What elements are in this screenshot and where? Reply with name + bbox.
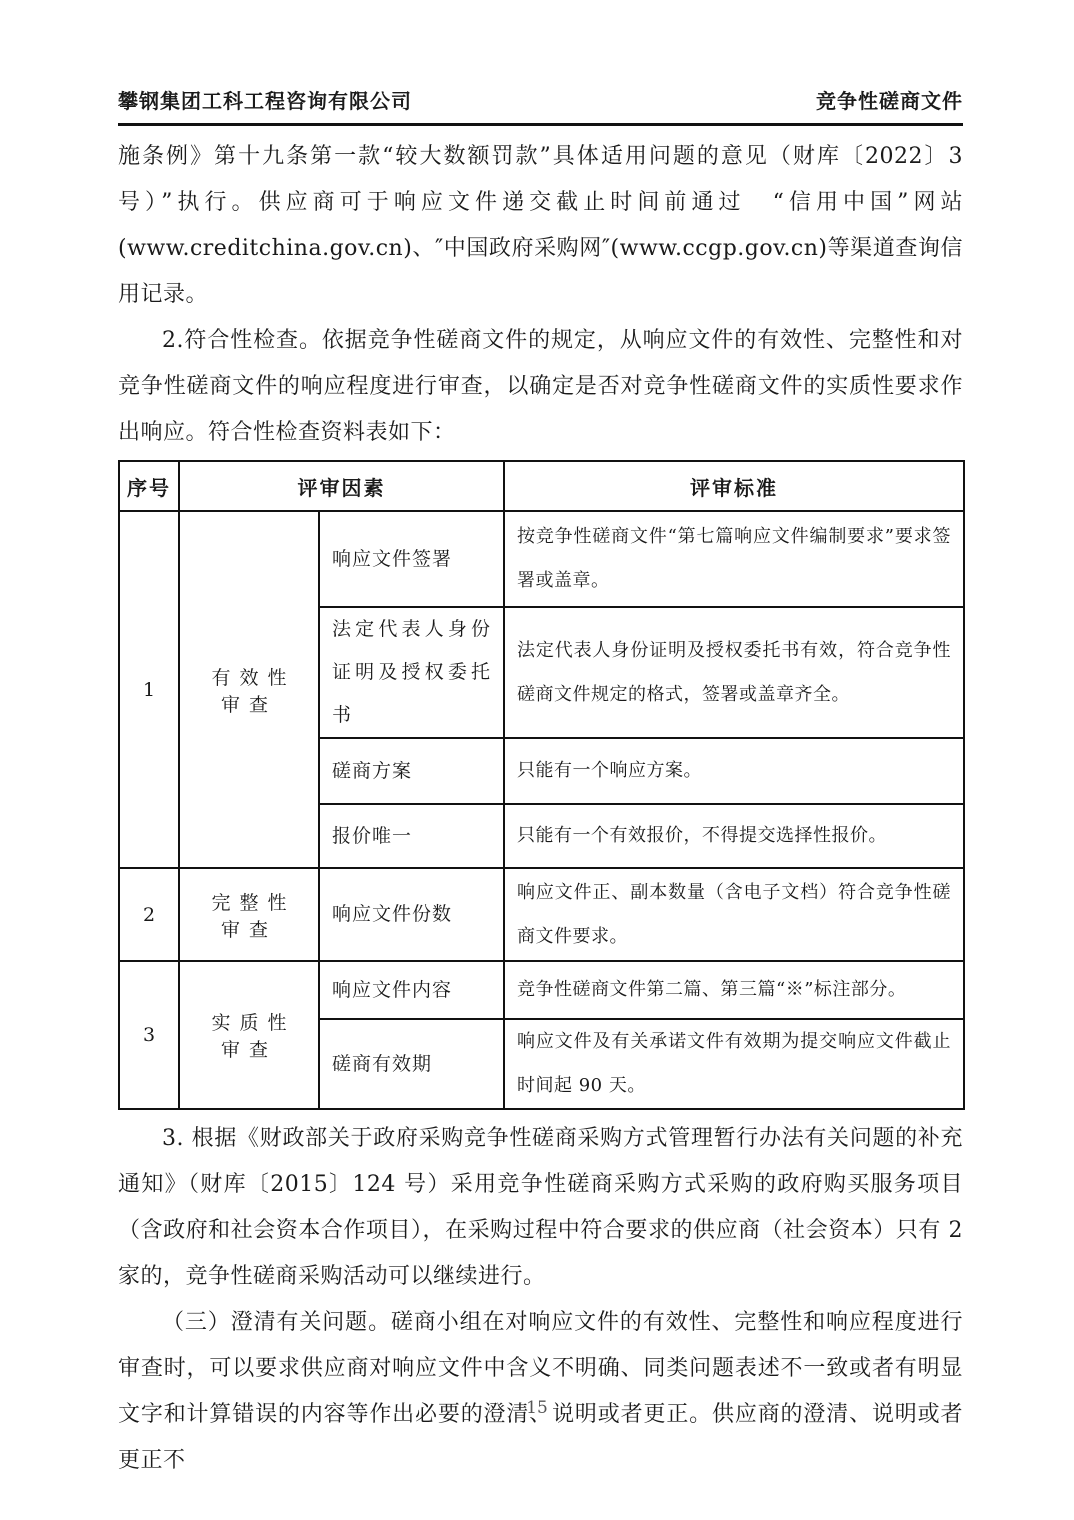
row-no-3: 3 — [119, 961, 179, 1109]
factor-unique-quotation: 报价唯一 — [319, 804, 504, 868]
criteria-legal-rep-id: 法定代表人身份证明及授权委托书有效，符合竞争性磋商文件规定的格式，签署或盖章齐全… — [504, 607, 964, 738]
column-header-criteria: 评审标准 — [504, 461, 964, 511]
table-header-row: 序号 评审因素 评审标准 — [119, 461, 964, 511]
table-row: 2 完整性审查 响应文件份数 响应文件正、副本数量（含电子文档）符合竞争性磋商文… — [119, 868, 964, 961]
criteria-unique-quotation: 只能有一个有效报价，不得提交选择性报价。 — [504, 804, 964, 868]
row-no-1: 1 — [119, 511, 179, 868]
factor-consultation-plan: 磋商方案 — [319, 738, 504, 804]
factor-validity-period: 磋商有效期 — [319, 1019, 504, 1109]
document-page: 攀钢集团工科工程咨询有限公司 竞争性磋商文件 施条例》第十九条第一款“较大数额罚… — [0, 0, 1074, 1520]
criteria-validity-period: 响应文件及有关承诺文件有效期为提交响应文件截止时间起 90 天。 — [504, 1019, 964, 1109]
criteria-document-signing: 按竞争性磋商文件“第七篇响应文件编制要求”要求签署或盖章。 — [504, 511, 964, 607]
table-row: 1 有效性审查 响应文件签署 按竞争性磋商文件“第七篇响应文件编制要求”要求签署… — [119, 511, 964, 607]
page-number: 15 — [0, 1398, 1074, 1418]
group-substantive-review: 实质性审查 — [179, 961, 319, 1109]
page-content: 攀钢集团工科工程咨询有限公司 竞争性磋商文件 施条例》第十九条第一款“较大数额罚… — [118, 85, 963, 1484]
factor-document-content: 响应文件内容 — [319, 961, 504, 1019]
factor-document-signing: 响应文件签署 — [319, 511, 504, 607]
group-completeness-review: 完整性审查 — [179, 868, 319, 961]
criteria-consultation-plan: 只能有一个响应方案。 — [504, 738, 964, 804]
criteria-document-copies: 响应文件正、副本数量（含电子文档）符合竞争性磋商文件要求。 — [504, 868, 964, 961]
paragraph-mof-supplementary-notice: 3. 根据《财政部关于政府采购竞争性磋商采购方式管理暂行办法有关问题的补充通知》… — [118, 1116, 963, 1300]
document-header: 攀钢集团工科工程咨询有限公司 竞争性磋商文件 — [118, 85, 963, 126]
paragraph-credit-check-continuation: 施条例》第十九条第一款“较大数额罚款”具体适用问题的意见（财库〔2022〕3 号… — [118, 134, 963, 318]
table-row: 3 实质性审查 响应文件内容 竞争性磋商文件第二篇、第三篇“※”标注部分。 — [119, 961, 964, 1019]
group-validity-review: 有效性审查 — [179, 511, 319, 868]
paragraph-compliance-check-intro: 2.符合性检查。依据竞争性磋商文件的规定，从响应文件的有效性、完整性和对竞争性磋… — [118, 318, 963, 456]
header-company-name: 攀钢集团工科工程咨询有限公司 — [118, 85, 412, 114]
column-header-no: 序号 — [119, 461, 179, 511]
factor-legal-rep-id: 法定代表人身份证明及授权委托书 — [319, 607, 504, 738]
factor-document-copies: 响应文件份数 — [319, 868, 504, 961]
paragraph-clarification-issues: （三）澄清有关问题。磋商小组在对响应文件的有效性、完整性和响应程度进行审查时，可… — [118, 1300, 963, 1484]
row-no-2: 2 — [119, 868, 179, 961]
column-header-factor: 评审因素 — [179, 461, 504, 511]
header-doc-type: 竞争性磋商文件 — [816, 85, 963, 114]
criteria-document-content: 竞争性磋商文件第二篇、第三篇“※”标注部分。 — [504, 961, 964, 1019]
compliance-check-table: 序号 评审因素 评审标准 1 有效性审查 响应文件签署 按竞争性磋商文件“第七篇… — [118, 460, 965, 1110]
